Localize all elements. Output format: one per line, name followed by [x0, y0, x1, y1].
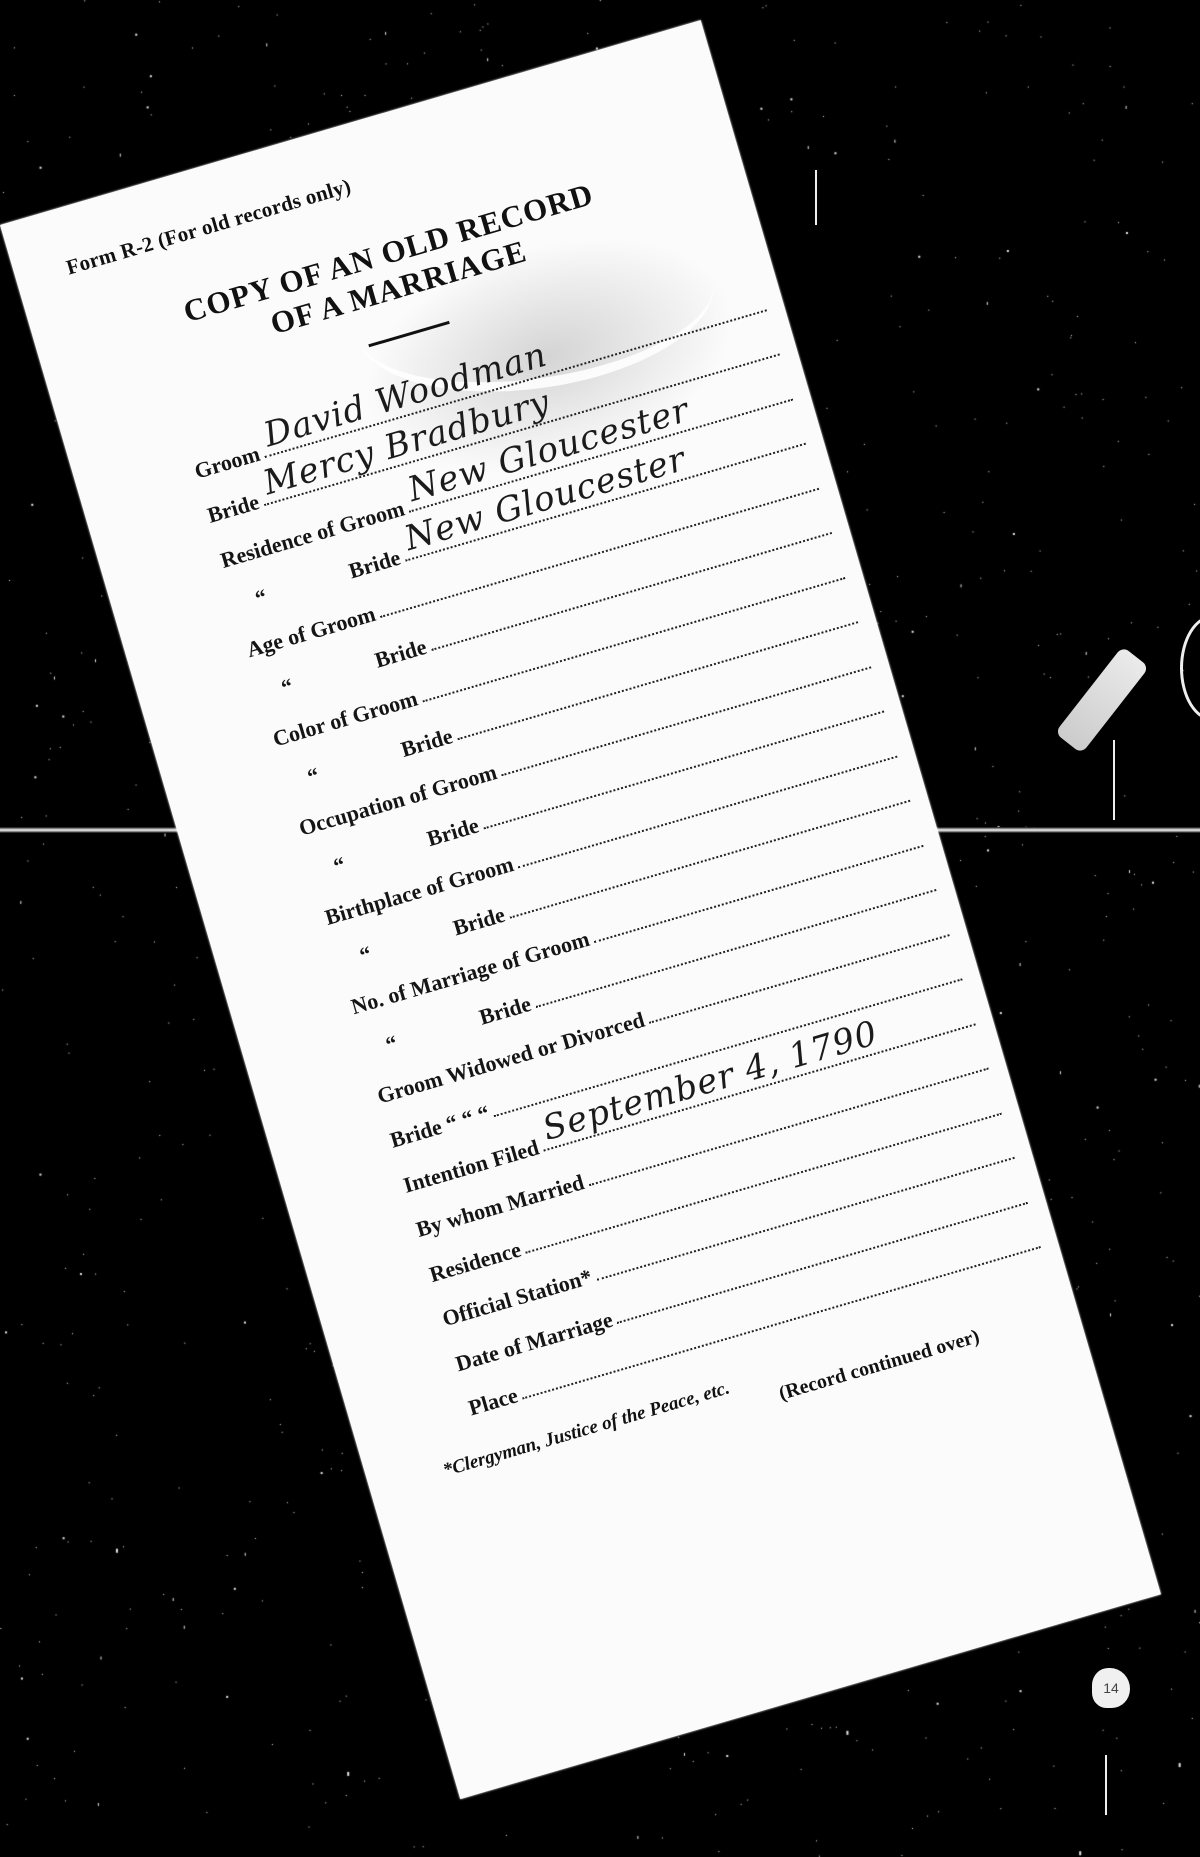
scratch-mark [1113, 740, 1115, 820]
scratch-mark [815, 170, 817, 225]
page-number-stamp: 14 [1092, 1668, 1130, 1708]
continued-note: (Record continued over) [776, 1325, 982, 1405]
scratch-mark [1105, 1755, 1107, 1815]
field-label: Place [465, 1382, 520, 1421]
